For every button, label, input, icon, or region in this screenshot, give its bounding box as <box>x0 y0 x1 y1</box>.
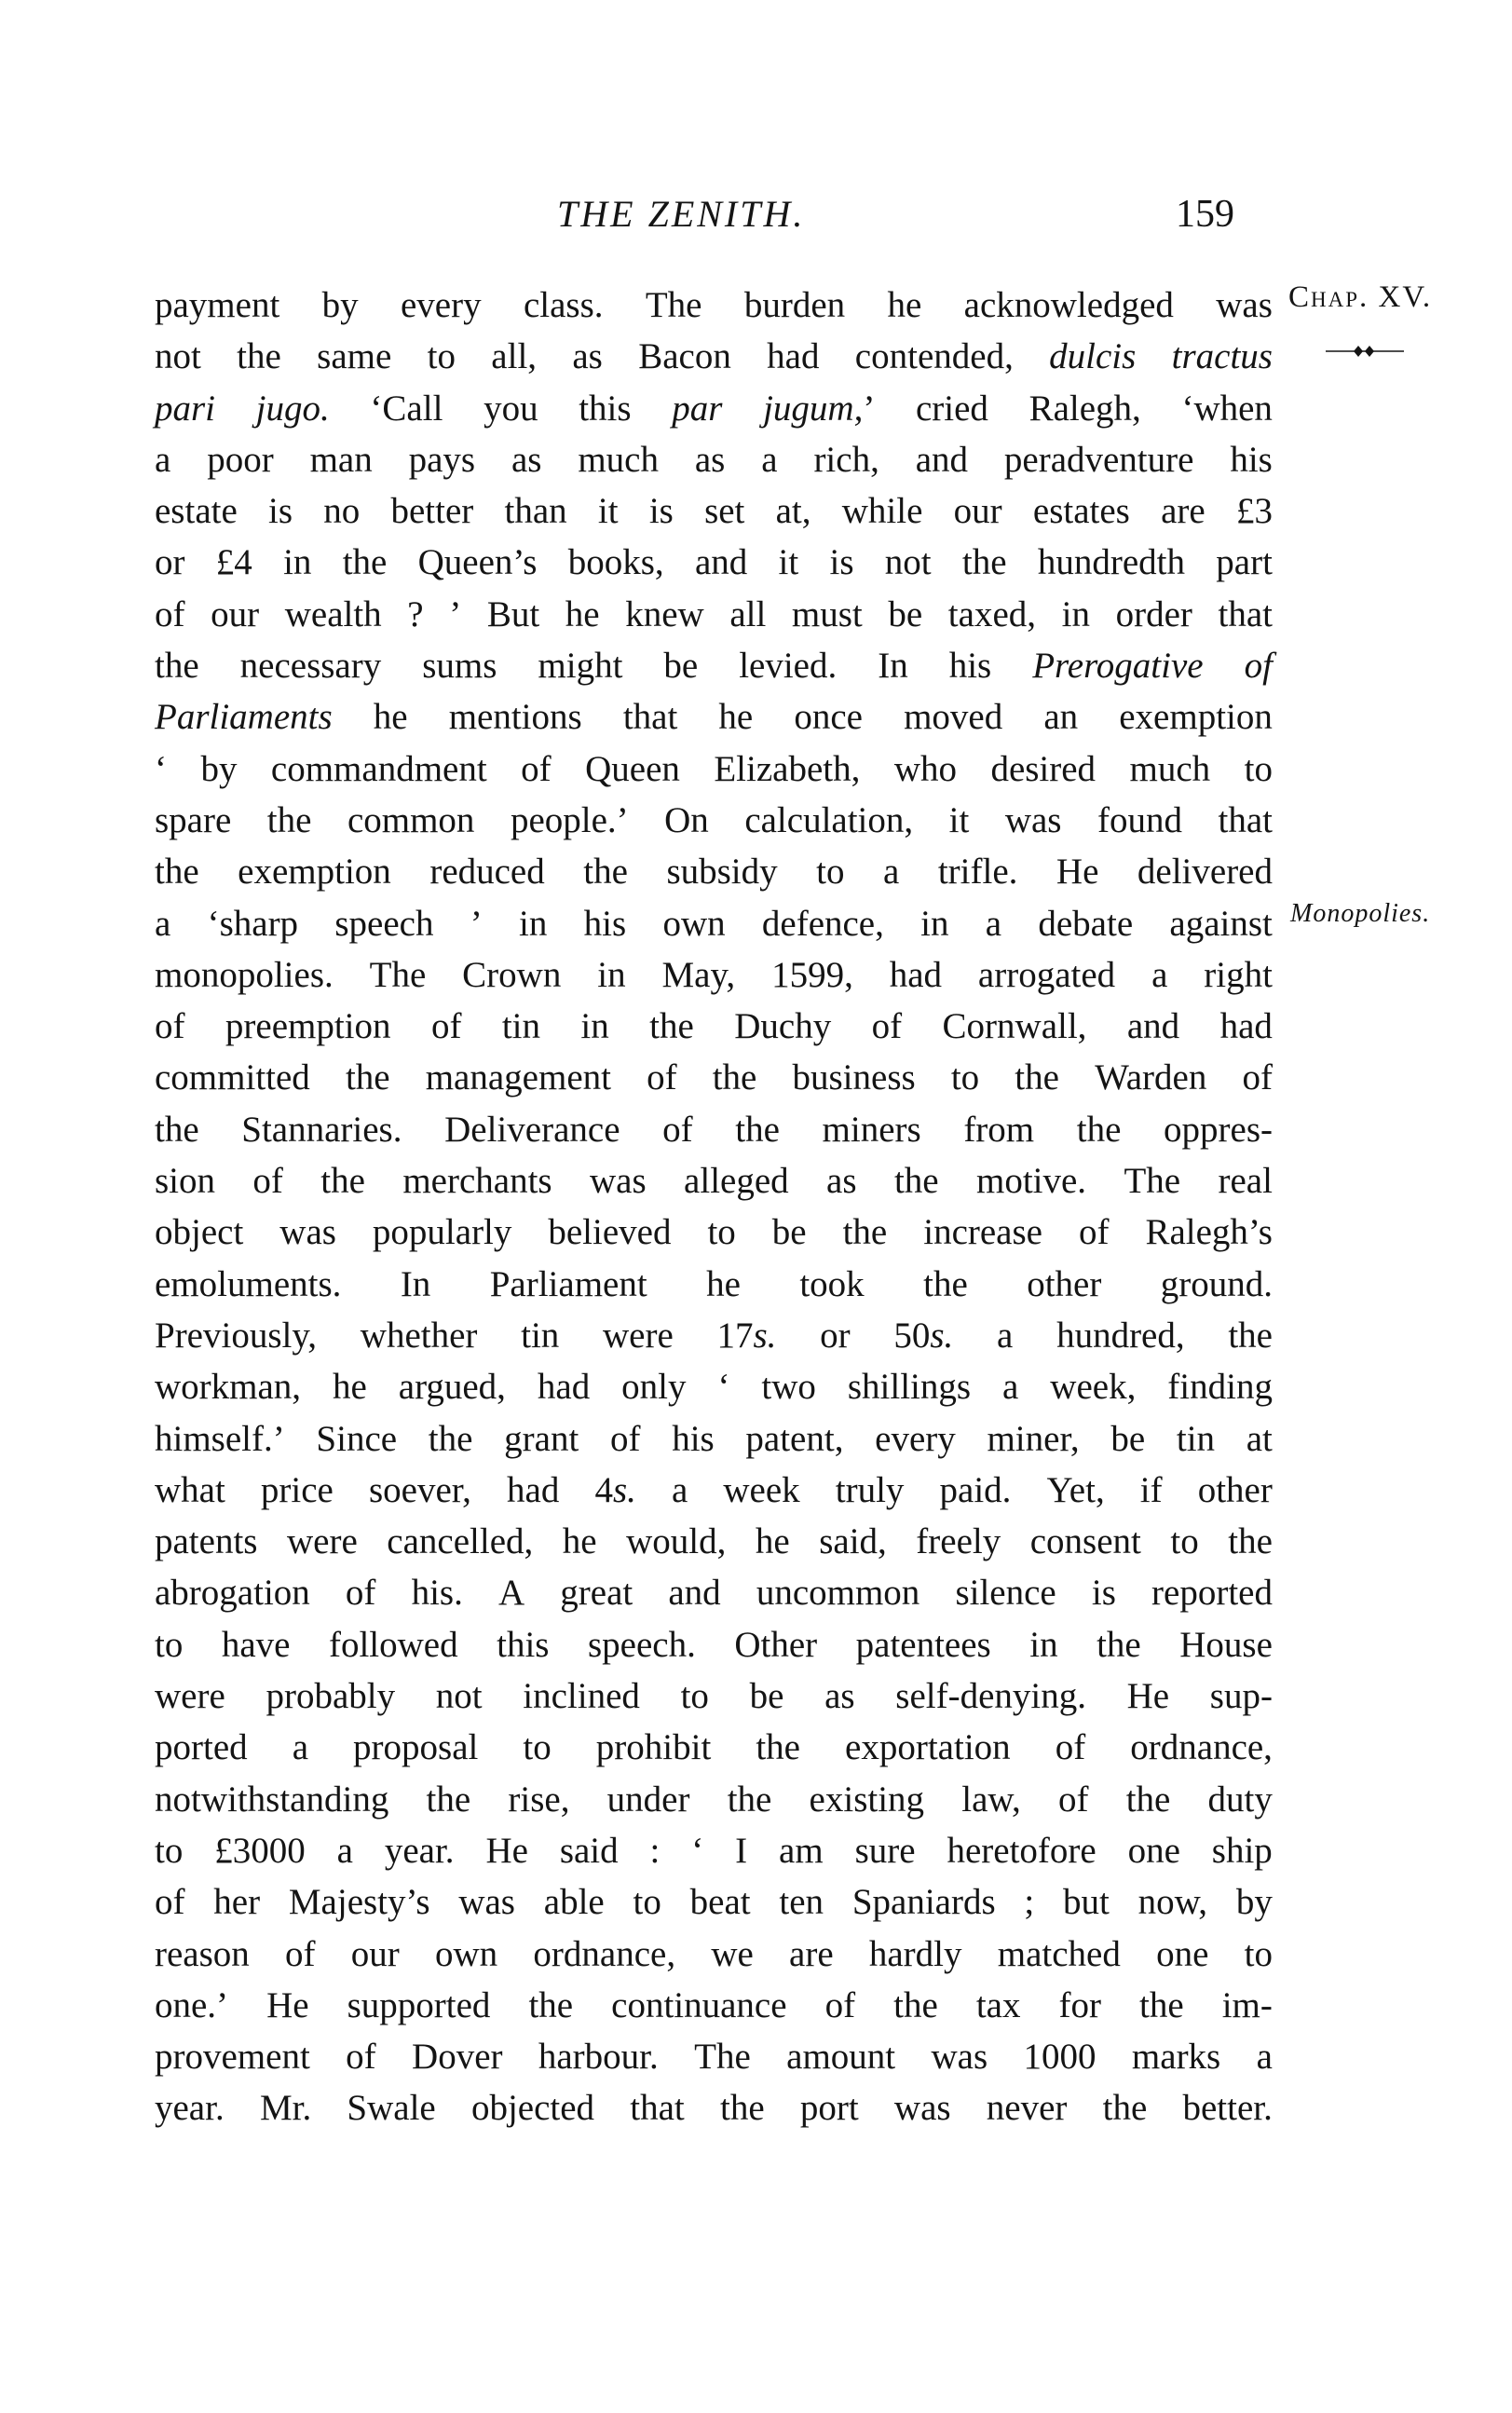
word: of <box>155 589 185 640</box>
word: workman, <box>155 1361 301 1412</box>
word: not <box>885 537 932 588</box>
word: what <box>155 1465 225 1516</box>
word: Elizabeth, <box>714 743 860 795</box>
word: people.’ <box>511 795 629 846</box>
word: one <box>1156 1929 1208 1980</box>
word: had <box>1220 1001 1273 1052</box>
word: real <box>1218 1155 1272 1206</box>
word: of <box>1245 640 1273 691</box>
word: delivered <box>1137 846 1273 897</box>
word: sums <box>422 640 497 691</box>
word: marks <box>1132 2031 1220 2082</box>
word: now, <box>1138 1876 1207 1928</box>
text-line: portedaproposaltoprohibittheexportationo… <box>155 1722 1273 1773</box>
word: two <box>761 1361 816 1412</box>
body-text: paymentbyeveryclass.Theburdenheacknowled… <box>155 279 1273 2134</box>
word: am <box>779 1825 824 1876</box>
word: his <box>584 898 627 949</box>
word: argued, <box>399 1361 506 1412</box>
word: and <box>1127 1001 1179 1052</box>
word: estates <box>1033 485 1130 537</box>
word: desired <box>990 743 1096 795</box>
word: House <box>1179 1619 1273 1670</box>
word: is <box>268 485 293 537</box>
word: price <box>261 1465 334 1516</box>
word: the <box>427 1774 471 1825</box>
word: : <box>650 1825 661 1876</box>
word: knew <box>625 589 703 640</box>
word: of <box>346 1567 376 1618</box>
word: Queen <box>585 743 680 795</box>
word: alleged <box>684 1155 789 1206</box>
word: of <box>285 1929 316 1980</box>
word: ’ <box>470 898 483 949</box>
word: took <box>799 1259 864 1310</box>
word: exportation <box>845 1722 1011 1773</box>
text-line: Previously,whethertinwere17s.or50s.ahund… <box>155 1310 1273 1361</box>
text-line: Parliamentshementionsthatheoncemovedanex… <box>155 691 1273 743</box>
margin-note-monopolies: Monopolies. <box>1290 899 1430 929</box>
word: ported <box>155 1722 248 1773</box>
word: Deliverance <box>444 1104 620 1155</box>
word: probably <box>266 1670 395 1722</box>
word: a <box>337 1825 353 1876</box>
word: to <box>633 1876 661 1928</box>
word: I <box>735 1825 747 1876</box>
word: business <box>793 1052 916 1103</box>
word: duty <box>1208 1774 1273 1825</box>
running-head-title: THE ZENITH. <box>557 192 805 236</box>
word: ‘ <box>155 743 167 795</box>
word: ground. <box>1161 1259 1273 1310</box>
word: the <box>1139 1980 1184 2031</box>
word: tin <box>1177 1413 1215 1465</box>
word: heretofore <box>947 1825 1096 1876</box>
word: the <box>343 537 388 588</box>
word: Yet, <box>1047 1465 1105 1516</box>
word: jugum,’ <box>763 383 875 434</box>
word: Duchy <box>734 1001 831 1052</box>
word: £3 <box>1236 485 1273 537</box>
word: at <box>1246 1413 1273 1465</box>
word: this <box>497 1619 549 1670</box>
word: continuance <box>611 1980 786 2031</box>
word: the <box>1015 1052 1059 1103</box>
text-line: patentswerecancelled,hewould,hesaid,free… <box>155 1516 1273 1567</box>
word: he <box>333 1361 367 1412</box>
text-line: to£3000ayear.Hesaid:‘Iamsureheretoforeon… <box>155 1825 1273 1876</box>
word: are <box>789 1929 834 1980</box>
text-line: ofpreemptionoftinintheDuchyofCornwall,an… <box>155 1001 1273 1052</box>
word: uncommon <box>756 1567 919 1618</box>
word: was <box>1005 795 1062 846</box>
word: cried <box>916 383 988 434</box>
word: every <box>401 279 482 331</box>
word: said, <box>819 1516 887 1567</box>
word: the <box>583 846 628 897</box>
word: freely <box>916 1516 1001 1567</box>
word: ship <box>1212 1825 1273 1876</box>
word: reported <box>1151 1567 1273 1618</box>
word: grant <box>504 1413 579 1465</box>
word: par <box>672 383 722 434</box>
word: be <box>1110 1413 1145 1465</box>
word: the <box>1097 1619 1141 1670</box>
word: trifle. <box>938 846 1018 897</box>
word: Mr. <box>260 2082 311 2134</box>
word: of <box>662 1104 693 1155</box>
word: speech. <box>588 1619 696 1670</box>
word: Majesty’s <box>289 1876 430 1928</box>
word: not <box>436 1670 483 1722</box>
word: reason <box>155 1929 250 1980</box>
word: his <box>1230 434 1273 485</box>
word: as <box>511 434 542 485</box>
text-line: committedthemanagementofthebusinesstothe… <box>155 1052 1273 1103</box>
word: not <box>155 331 201 382</box>
word: to <box>1245 743 1273 795</box>
word: hardly <box>869 1929 962 1980</box>
word: hundredth <box>1038 537 1185 588</box>
word: payment <box>155 279 279 331</box>
text-line: himself.’Sincethegrantofhispatent,everym… <box>155 1413 1273 1465</box>
word: would, <box>626 1516 726 1567</box>
word: harbour. <box>538 2031 659 2082</box>
word: 1599, <box>771 949 853 1001</box>
word: preemption <box>225 1001 391 1052</box>
word: to <box>155 1619 183 1670</box>
word: Cornwall, <box>943 1001 1087 1052</box>
word: soever, <box>369 1465 471 1516</box>
word: that <box>623 691 677 743</box>
word: Other <box>734 1619 817 1670</box>
word: ‘ <box>691 1825 703 1876</box>
word: believed <box>548 1206 671 1258</box>
word: to <box>707 1206 735 1258</box>
word: of <box>825 1980 856 2031</box>
word: a <box>761 434 777 485</box>
text-line: apoormanpaysasmuchasarich,andperadventur… <box>155 434 1273 485</box>
word: ; <box>1024 1876 1034 1928</box>
word: have <box>222 1619 291 1670</box>
word: were <box>287 1516 358 1567</box>
word: a <box>155 898 170 949</box>
word: the <box>155 846 199 897</box>
word: against <box>1169 898 1272 949</box>
word: of <box>610 1413 641 1465</box>
word: burden <box>744 279 845 331</box>
text-line: theexemptionreducedthesubsidytoatrifle.H… <box>155 846 1273 897</box>
word: in <box>519 898 547 949</box>
word: other <box>1198 1465 1273 1516</box>
word: of <box>431 1001 462 1052</box>
word: it <box>949 795 970 846</box>
word: never <box>987 2082 1068 2134</box>
word: peradventure <box>1004 434 1194 485</box>
word: miners <box>823 1104 921 1155</box>
text-line: theStannaries.Deliveranceoftheminersfrom… <box>155 1104 1273 1155</box>
word: Crown <box>462 949 561 1001</box>
word: He <box>485 1825 527 1876</box>
word: 17s. <box>717 1310 777 1361</box>
word: said <box>560 1825 619 1876</box>
word: once <box>794 691 863 743</box>
word: found <box>1097 795 1182 846</box>
word: to <box>523 1722 551 1773</box>
word: defence, <box>762 898 884 949</box>
word: commandment <box>271 743 487 795</box>
word: the <box>320 1155 365 1206</box>
word: this <box>579 383 631 434</box>
text-line: abrogationofhis.Agreatanduncommonsilence… <box>155 1567 1273 1618</box>
word: in <box>1029 1619 1057 1670</box>
word: as <box>695 434 726 485</box>
word: rich, <box>813 434 879 485</box>
word: to <box>681 1670 709 1722</box>
word: of <box>647 1052 677 1103</box>
word: levied. <box>739 640 837 691</box>
word: he <box>374 691 408 743</box>
word: own <box>435 1929 497 1980</box>
word: of <box>155 1001 185 1052</box>
word: sup- <box>1210 1670 1273 1722</box>
word: be <box>888 589 922 640</box>
word: that <box>630 2082 684 2134</box>
word: set <box>704 485 744 537</box>
text-line: estateisnobetterthanitissetat,whileoures… <box>155 485 1273 537</box>
word: the <box>1126 1774 1171 1825</box>
word: the <box>429 1413 473 1465</box>
word: prohibit <box>596 1722 712 1773</box>
text-line: one.’Hesupportedthecontinuanceofthetaxfo… <box>155 1980 1273 2031</box>
word: The <box>370 949 427 1001</box>
word: the <box>894 1155 939 1206</box>
word: our <box>954 485 1002 537</box>
word: much <box>578 434 659 485</box>
page-number: 159 <box>1176 192 1234 237</box>
word: patents <box>155 1516 257 1567</box>
word: oppres- <box>1164 1104 1273 1155</box>
word: or <box>155 537 185 588</box>
word: ‘Call <box>370 383 443 434</box>
word: 50s. <box>893 1310 953 1361</box>
word: ordnance, <box>533 1929 675 1980</box>
word: from <box>963 1104 1034 1155</box>
word: a <box>155 434 170 485</box>
word: ‘when <box>1181 383 1272 434</box>
word: ordnance, <box>1130 1722 1273 1773</box>
word: tax <box>976 1980 1021 2031</box>
word: The <box>694 2031 751 2082</box>
word: supported <box>347 1980 491 2031</box>
text-line: a‘sharpspeech’inhisowndefence,inadebatea… <box>155 898 1273 949</box>
word: the <box>1228 1516 1273 1567</box>
word: acknowledged <box>964 279 1174 331</box>
text-line: parijugo.‘Callyouthisparjugum,’criedRale… <box>155 383 1273 434</box>
word: and <box>916 434 968 485</box>
word: ‘sharp <box>208 898 298 949</box>
word: was <box>1216 279 1273 331</box>
word: emoluments. <box>155 1259 341 1310</box>
word: under <box>607 1774 690 1825</box>
text-line: tohavefollowedthisspeech.Otherpatenteesi… <box>155 1619 1273 1670</box>
word: himself.’ <box>155 1413 285 1465</box>
text-line: objectwaspopularlybelievedtobetheincreas… <box>155 1206 1273 1258</box>
word: is <box>829 537 853 588</box>
word: one.’ <box>155 1980 228 2031</box>
word: our <box>351 1929 400 1980</box>
word: abrogation <box>155 1567 310 1618</box>
word: shillings <box>848 1361 971 1412</box>
word: if <box>1140 1465 1163 1516</box>
word: he <box>756 1516 790 1567</box>
text-line: ofourwealth?’Butheknewallmustbetaxed,ino… <box>155 589 1273 640</box>
word: order <box>1116 589 1192 640</box>
word: in <box>1062 589 1090 640</box>
word: was <box>458 1876 515 1928</box>
word: tin <box>502 1001 540 1052</box>
word: amount <box>786 2031 895 2082</box>
text-line: monopolies.TheCrowninMay,1599,hadarrogat… <box>155 949 1273 1001</box>
text-line: paymentbyeveryclass.Theburdenheacknowled… <box>155 279 1273 331</box>
word: the <box>237 331 281 382</box>
word: taxed, <box>948 589 1036 640</box>
word: it <box>779 537 799 588</box>
text-line: sparethecommonpeople.’Oncalculation,itwa… <box>155 795 1273 846</box>
word: books, <box>568 537 664 588</box>
word: Ralegh’s <box>1145 1206 1272 1258</box>
word: the <box>893 1980 938 2031</box>
word: of <box>1056 1722 1086 1773</box>
word: was <box>894 2082 951 2134</box>
word: tin <box>521 1310 559 1361</box>
word: the <box>649 1001 694 1052</box>
word: ’ <box>449 589 461 640</box>
word: her <box>213 1876 260 1928</box>
word: miner, <box>987 1413 1079 1465</box>
word: might <box>538 640 622 691</box>
word: tractus <box>1172 331 1273 382</box>
word: every <box>875 1413 956 1465</box>
word: by <box>200 743 237 795</box>
word: of <box>872 1001 903 1052</box>
word: no <box>323 485 360 537</box>
word: had <box>767 331 819 382</box>
word: he <box>887 279 921 331</box>
word: Spaniards <box>852 1876 996 1928</box>
word: was <box>279 1206 336 1258</box>
word: the <box>155 640 199 691</box>
word: right <box>1204 949 1273 1001</box>
word: man <box>310 434 373 485</box>
word: jugo. <box>256 383 330 434</box>
word: for <box>1059 1980 1101 2031</box>
word: be <box>772 1206 807 1258</box>
word: a <box>293 1722 308 1773</box>
word: of <box>1079 1206 1110 1258</box>
word: at, <box>776 485 811 537</box>
word: an <box>1043 691 1078 743</box>
word: the <box>735 1104 780 1155</box>
word: Queen’s <box>418 537 538 588</box>
text-line: sionofthemerchantswasallegedasthemotive.… <box>155 1155 1273 1206</box>
word: Swale <box>347 2082 435 2134</box>
word: £3000 <box>214 1825 306 1876</box>
word: Previously, <box>155 1310 317 1361</box>
word: much <box>1130 743 1211 795</box>
word: a <box>1002 1361 1018 1412</box>
word: by <box>322 279 359 331</box>
word: all, <box>491 331 537 382</box>
word: rise, <box>508 1774 569 1825</box>
text-line: reasonofourownordnance,wearehardlymatche… <box>155 1929 1273 1980</box>
word: proposal <box>353 1722 478 1773</box>
word: the <box>155 1104 199 1155</box>
ornament-rule-icon <box>1326 337 1404 365</box>
word: Parliament <box>490 1259 647 1310</box>
word: objected <box>471 2082 594 2134</box>
word: the <box>720 2082 765 2134</box>
word: sion <box>155 1155 215 1206</box>
word: popularly <box>373 1206 511 1258</box>
word: of <box>521 743 552 795</box>
word: his. <box>412 1567 463 1618</box>
word: of <box>252 1155 283 1206</box>
word: Stannaries. <box>241 1104 402 1155</box>
word: better <box>391 485 474 537</box>
word: other <box>1027 1259 1101 1310</box>
word: In <box>401 1259 431 1310</box>
word: than <box>505 485 567 537</box>
word: the <box>923 1259 968 1310</box>
word: are <box>1161 485 1206 537</box>
word: Since <box>316 1413 397 1465</box>
word: the <box>267 795 312 846</box>
word: In <box>878 640 908 691</box>
text-line: year.Mr.Swaleobjectedthattheportwasnever… <box>155 2082 1273 2134</box>
word: exemption <box>238 846 391 897</box>
word: as <box>572 331 603 382</box>
word: had <box>890 949 942 1001</box>
word: and <box>695 537 747 588</box>
word: paid. <box>940 1465 1012 1516</box>
word: a <box>1257 2031 1273 2082</box>
word: to <box>1245 1929 1273 1980</box>
word: must <box>792 589 863 640</box>
word: is <box>649 485 674 537</box>
word: year. <box>155 2082 225 2134</box>
word: by <box>1236 1876 1273 1928</box>
word: his <box>949 640 992 691</box>
word: cancelled, <box>387 1516 533 1567</box>
text-line: wereprobablynotinclinedtobeasself-denyin… <box>155 1670 1273 1722</box>
text-line: provementofDoverharbour.Theamountwas1000… <box>155 2031 1273 2082</box>
word: a <box>986 898 1001 949</box>
word: better. <box>1182 2082 1272 2134</box>
word: be <box>663 640 698 691</box>
word: of <box>155 1876 185 1928</box>
word: a <box>997 1310 1013 1361</box>
word: wealth <box>285 589 382 640</box>
word: to <box>428 331 456 382</box>
word: while <box>842 485 923 537</box>
word: we <box>711 1929 753 1980</box>
word: estate <box>155 485 238 537</box>
word: spare <box>155 795 231 846</box>
word: is <box>1092 1567 1116 1618</box>
word: in <box>283 537 311 588</box>
word: to <box>155 1825 183 1876</box>
